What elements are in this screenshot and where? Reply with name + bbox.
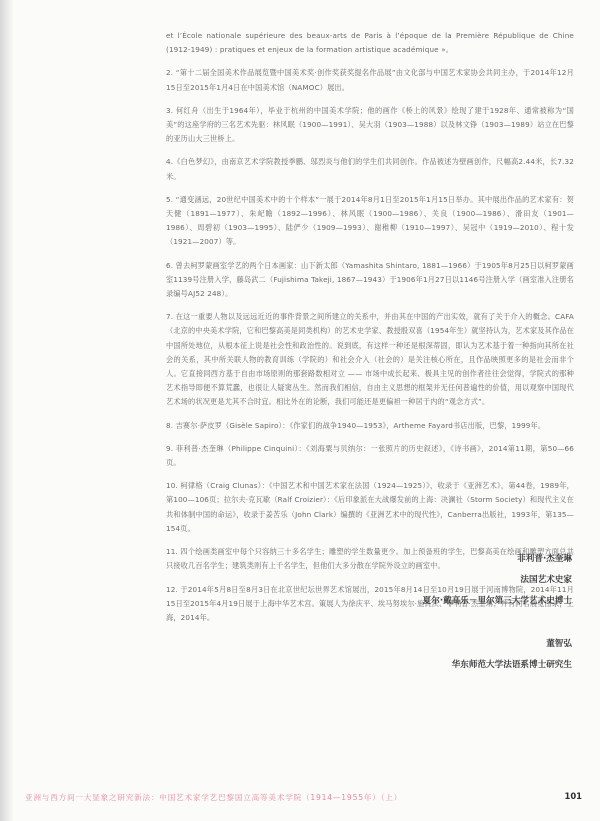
endnote-2: 2. “第十二届全国美术作品展览暨中国美术奖·创作奖获奖提名作品展”由文化部与中… bbox=[166, 66, 574, 94]
running-title: 亚洲与西方间一大显象之研究新法：中国艺术家学艺巴黎国立高等美术学院（1914—1… bbox=[25, 792, 402, 803]
endnote-3: 3. 何红舟（出生于1964年），毕业于杭州的中国美术学院；他的画作《桥上的风景… bbox=[166, 104, 574, 147]
book-gutter-shadow bbox=[0, 0, 14, 821]
endnote-10: 10. 柯律格（Craig Clunas）：《中国艺术和中国艺术家在法国（192… bbox=[166, 479, 574, 536]
endnote-4: 4.《白色梦幻》，由南京艺术学院教授季鹏、邬烈炎与他们的学生们共同创作。作品被述… bbox=[166, 155, 574, 183]
endnote-5: 5. “通变涵远，20世纪中国美术中的十个样本”一展于2014年8月1日至201… bbox=[166, 193, 574, 250]
author-name: 菲利普·杰奎琳 bbox=[423, 549, 572, 570]
translator-affiliation: 华东师范大学法语系博士研究生 bbox=[423, 655, 572, 676]
author-title: 法国艺术史家 bbox=[423, 570, 572, 591]
translator-name: 董智弘 bbox=[423, 634, 572, 655]
endnote-7: 7. 在这一重要人物以及远远近近的事件背景之间所建立的关系中，并由其在中国的产出… bbox=[166, 310, 574, 409]
author-affiliation: 夏尔·戴高乐－里尔第三大学艺术史博士 bbox=[423, 591, 572, 612]
endnote-1-continued: et l’École nationale supérieure des beau… bbox=[166, 29, 574, 57]
endnote-6: 6. 曾去柯罗蒙画室学艺的两个日本画家：山下新太郎（Yamashita Shin… bbox=[166, 259, 574, 302]
page-number: 101 bbox=[565, 791, 582, 801]
signature-spacer bbox=[423, 612, 572, 634]
endnotes: et l’École nationale supérieure des beau… bbox=[166, 29, 574, 634]
endnote-8: 8. 吉赛尔·萨皮罗（Gisèle Sapiro）：《作家们的战争1940—19… bbox=[166, 419, 574, 433]
author-signatures: 菲利普·杰奎琳 法国艺术史家 夏尔·戴高乐－里尔第三大学艺术史博士 董智弘 华东… bbox=[423, 549, 572, 676]
endnote-9: 9. 菲利普·杰奎琳（Philippe Cinquini）：《刘海粟与贝纳尔：一… bbox=[166, 442, 574, 470]
